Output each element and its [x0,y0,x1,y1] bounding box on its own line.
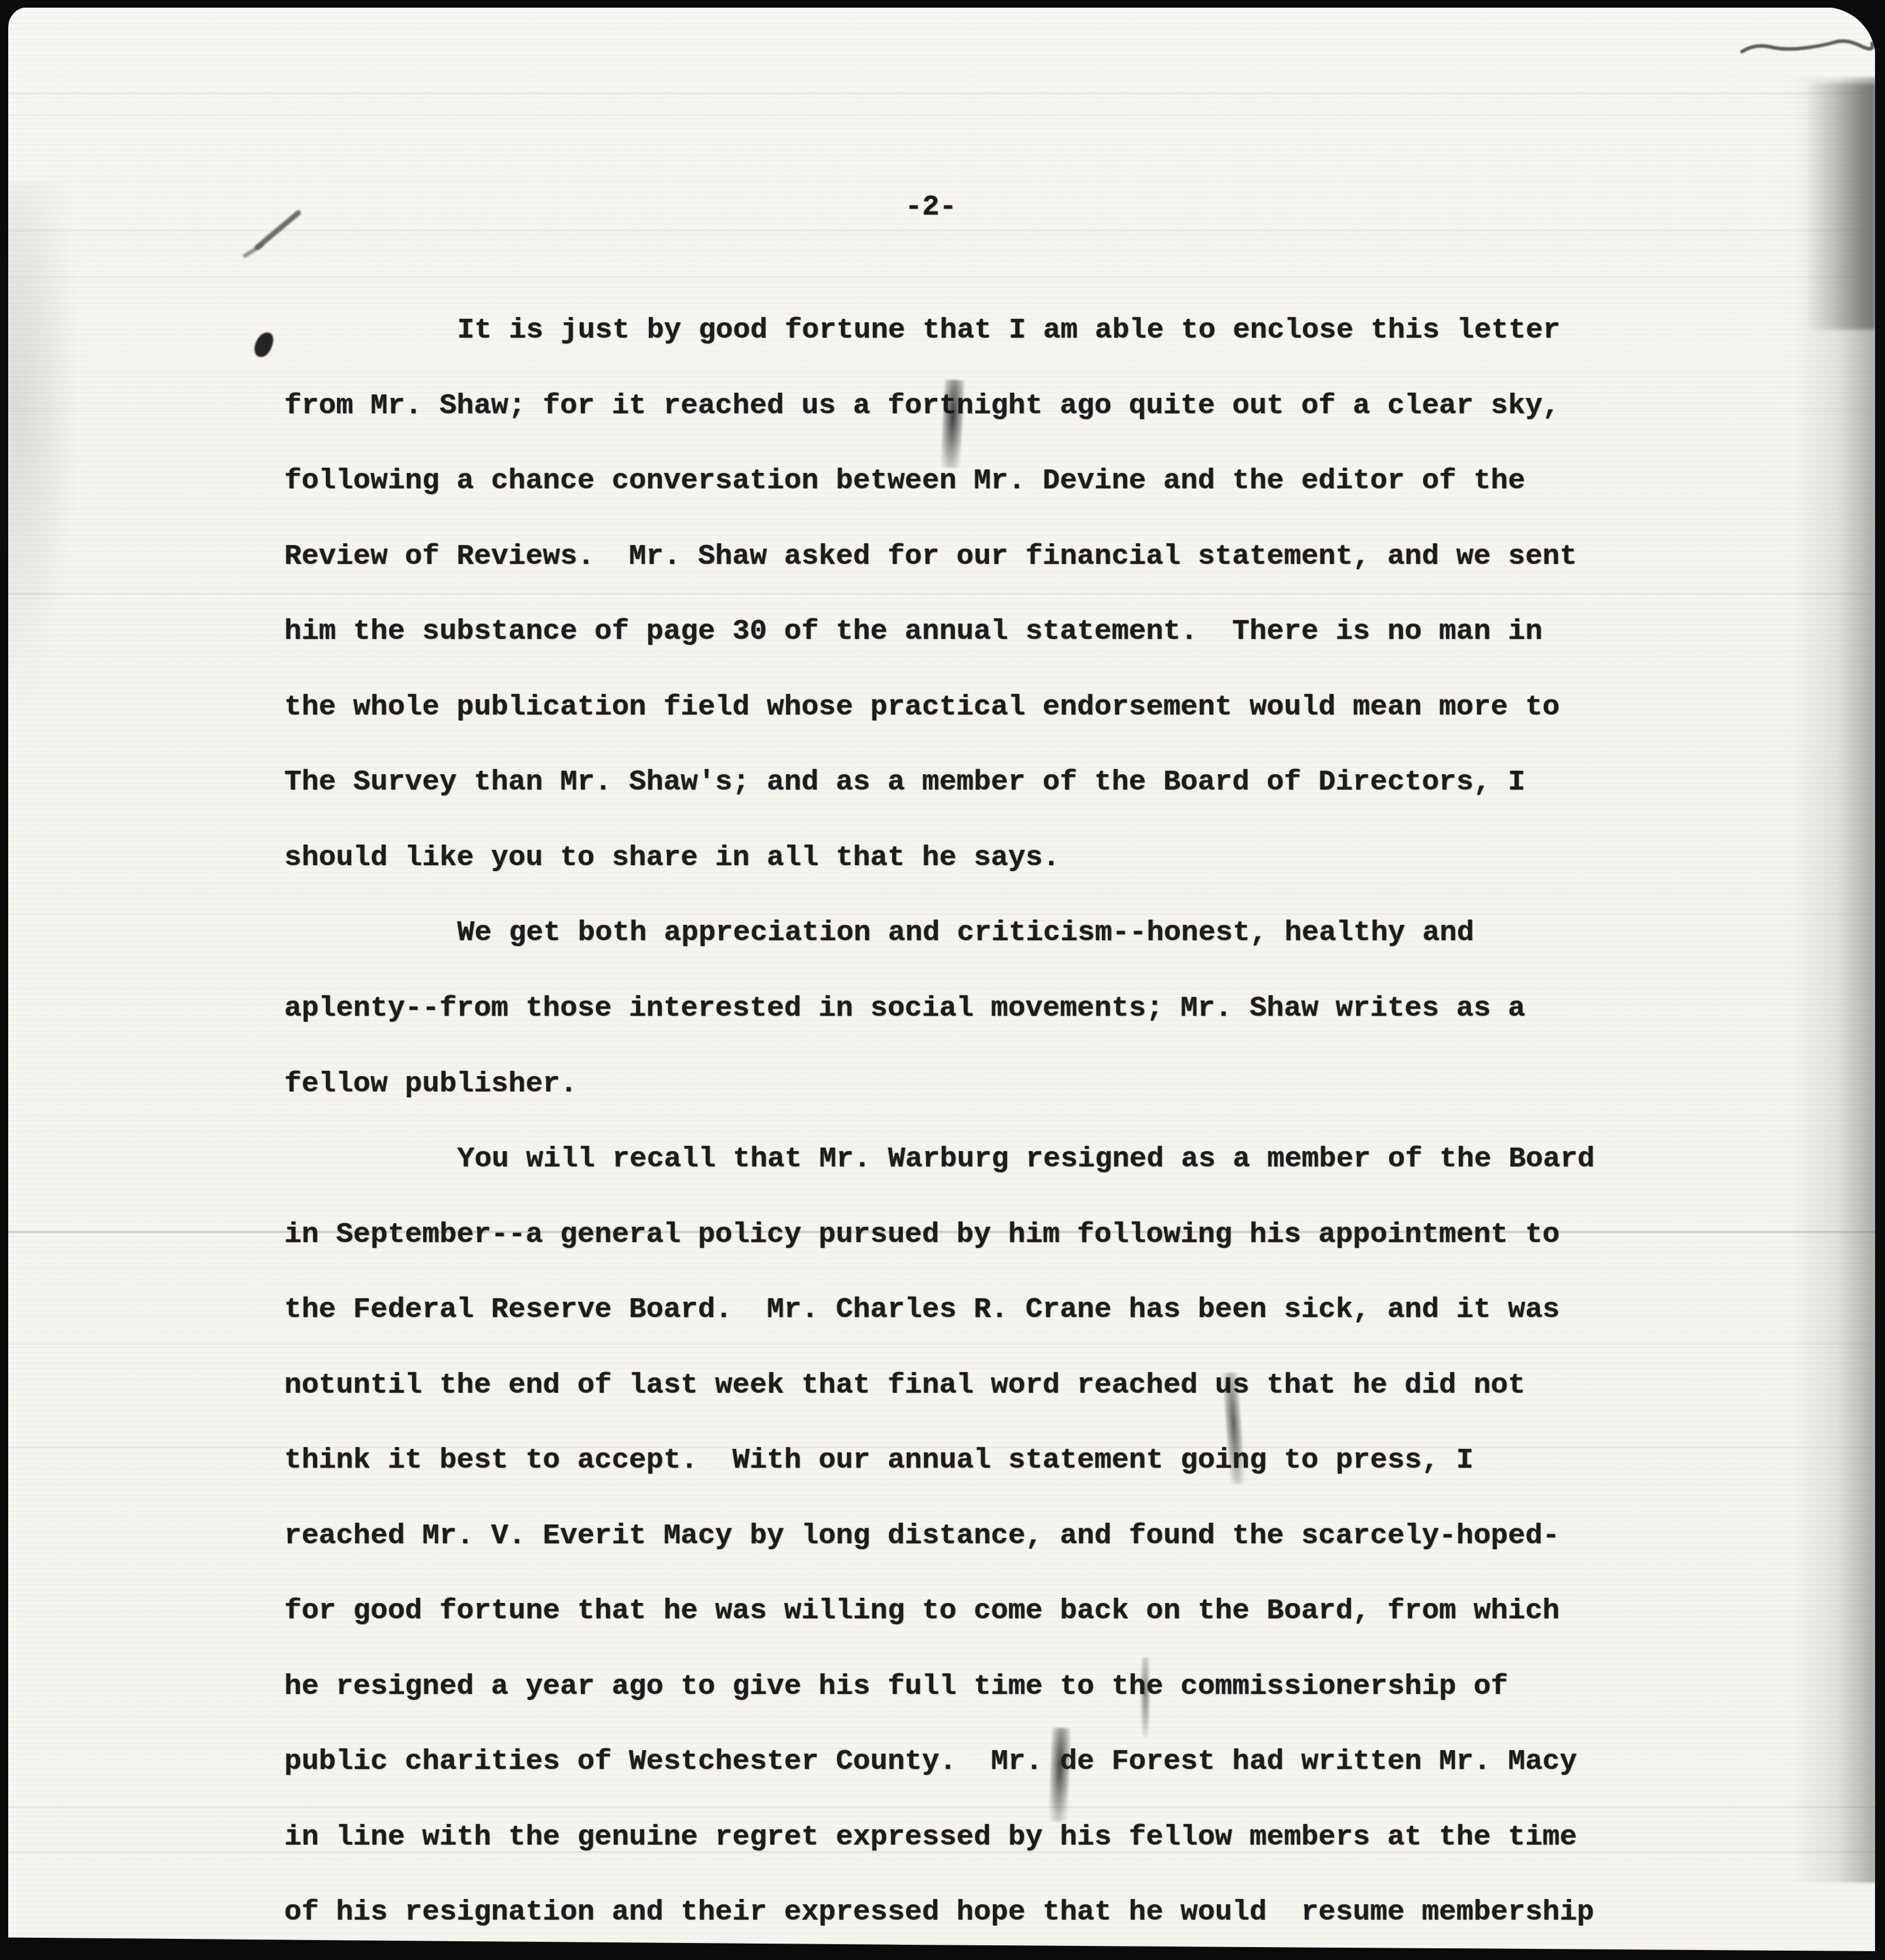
letter-line: We get both appreciation and criticism--… [284,895,1474,971]
letter-line: the whole publication field whose practi… [284,669,1560,745]
letter-line: the Federal Reserve Board. Mr. Charles R… [284,1272,1560,1347]
letter-line: should like you to share in all that he … [284,820,1060,896]
scanned-letter-page: -2- It is just by good fortune that I am… [0,0,1885,1960]
letter-line: think it best to accept. With our annual… [284,1423,1474,1498]
letter-line: from Mr. Shaw; for it reached us a fortn… [284,368,1560,444]
right-edge-dark-patch [1805,83,1876,329]
letter-line: It is just by good fortune that I am abl… [284,292,1560,368]
letter-line: The Survey than Mr. Shaw's; and as a mem… [284,744,1525,820]
scan-edge-right [1875,0,1885,1960]
letter-line: You will recall that Mr. Warburg resigne… [284,1121,1595,1197]
letter-line: aplenty--from those interested in social… [284,971,1525,1046]
letter-line: in September--a general policy pursued b… [284,1197,1560,1272]
letter-line: he resigned a year ago to give his full … [284,1649,1508,1724]
letter-line: in line with the genuine regret expresse… [284,1799,1577,1875]
letter-line: for good fortune that he was willing to … [284,1573,1560,1649]
letter-line: fellow publisher. [284,1046,577,1122]
letter-line: him the substance of page 30 of the annu… [284,594,1543,669]
right-edge-grain [1788,77,1876,1883]
letter-line: following a chance conversation between … [284,443,1525,519]
letter-line: of his resignation and their expressed h… [284,1874,1594,1950]
letter-line: notuntil the end of last week that final… [284,1347,1525,1423]
scan-edge-left [0,0,8,1960]
letter-line: public charities of Westchester County. … [284,1724,1577,1799]
letter-line: reached Mr. V. Everit Macy by long dista… [284,1498,1560,1574]
page-number: -2- [896,175,966,239]
left-edge-grain [8,183,84,710]
scan-edge-top [0,0,1885,8]
letter-line: Review of Reviews. Mr. Shaw asked for ou… [284,519,1577,594]
